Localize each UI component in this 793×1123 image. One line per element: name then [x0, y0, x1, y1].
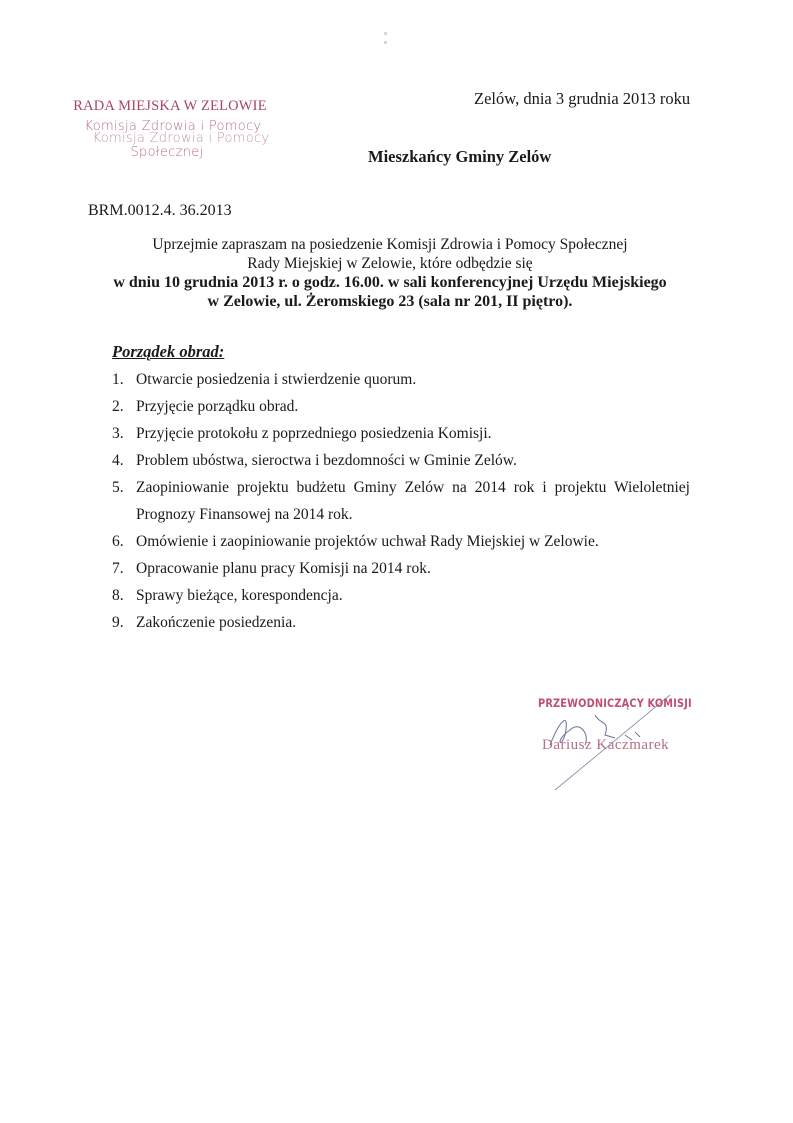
letter-date: Zelów, dnia 3 grudnia 2013 roku: [474, 89, 690, 109]
agenda-item: 6.Omówienie i zaopiniowanie projektów uc…: [112, 528, 690, 555]
agenda-item-text: Przyjęcie protokołu z poprzedniego posie…: [136, 420, 690, 447]
scan-mark: [384, 41, 387, 44]
scan-mark: [384, 32, 387, 35]
meeting-location: w Zelowie, ul. Żeromskiego 23 (sala nr 2…: [80, 292, 700, 311]
agenda-item-number: 2.: [112, 393, 136, 420]
invitation-line: Rady Miejskiej w Zelowie, które odbędzie…: [80, 254, 700, 273]
agenda-item: 8.Sprawy bieżące, korespondencja.: [112, 582, 690, 609]
agenda-list: 1.Otwarcie posiedzenia i stwierdzenie qu…: [112, 366, 690, 636]
agenda-item: 3.Przyjęcie protokołu z poprzedniego pos…: [112, 420, 690, 447]
agenda-item-number: 3.: [112, 420, 136, 447]
agenda-item-text: Zaopiniowanie projektu budżetu Gminy Zel…: [136, 474, 690, 528]
agenda-title: Porządek obrad:: [112, 342, 224, 362]
agenda-item-number: 7.: [112, 555, 136, 582]
addressee: Mieszkańcy Gminy Zelów: [368, 147, 551, 167]
agenda-item-number: 6.: [112, 528, 136, 555]
council-stamp-title: RADA MIEJSKA W ZELOWIE: [70, 98, 270, 115]
chairman-stamp-title: PRZEWODNICZĄCY KOMISJI: [538, 696, 692, 710]
chairman-name: Dariusz Kaczmarek: [542, 737, 669, 754]
agenda-item-text: Sprawy bieżące, korespondencja.: [136, 582, 690, 609]
agenda-item-text: Problem ubóstwa, sieroctwa i bezdomności…: [136, 447, 690, 474]
council-stamp-line-ghost: Komisja Zdrowia i Pomocy: [86, 131, 276, 146]
agenda-item-text: Opracowanie planu pracy Komisji na 2014 …: [136, 555, 690, 582]
agenda-item: 4.Problem ubóstwa, sieroctwa i bezdomnoś…: [112, 447, 690, 474]
agenda-item: 1.Otwarcie posiedzenia i stwierdzenie qu…: [112, 366, 690, 393]
agenda-item-number: 8.: [112, 582, 136, 609]
agenda-item: 5.Zaopiniowanie projektu budżetu Gminy Z…: [112, 474, 690, 528]
agenda-item: 2.Przyjęcie porządku obrad.: [112, 393, 690, 420]
agenda-item-number: 1.: [112, 366, 136, 393]
agenda-item-text: Przyjęcie porządku obrad.: [136, 393, 690, 420]
council-stamp-line: Społecznej: [92, 145, 242, 160]
meeting-details: w dniu 10 grudnia 2013 r. o godz. 16.00.…: [80, 273, 700, 292]
agenda-item-text: Otwarcie posiedzenia i stwierdzenie quor…: [136, 366, 690, 393]
agenda-item-number: 9.: [112, 609, 136, 636]
agenda-item-text: Omówienie i zaopiniowanie projektów uchw…: [136, 528, 690, 555]
agenda-item-number: 5.: [112, 474, 136, 528]
invitation-line: Uprzejmie zapraszam na posiedzenie Komis…: [80, 235, 700, 254]
invitation-paragraph: Uprzejmie zapraszam na posiedzenie Komis…: [80, 235, 700, 311]
agenda-item: 9.Zakończenie posiedzenia.: [112, 609, 690, 636]
agenda-item-number: 4.: [112, 447, 136, 474]
agenda-item: 7.Opracowanie planu pracy Komisji na 201…: [112, 555, 690, 582]
reference-number: BRM.0012.4. 36.2013: [88, 202, 232, 220]
agenda-item-text: Zakończenie posiedzenia.: [136, 609, 690, 636]
